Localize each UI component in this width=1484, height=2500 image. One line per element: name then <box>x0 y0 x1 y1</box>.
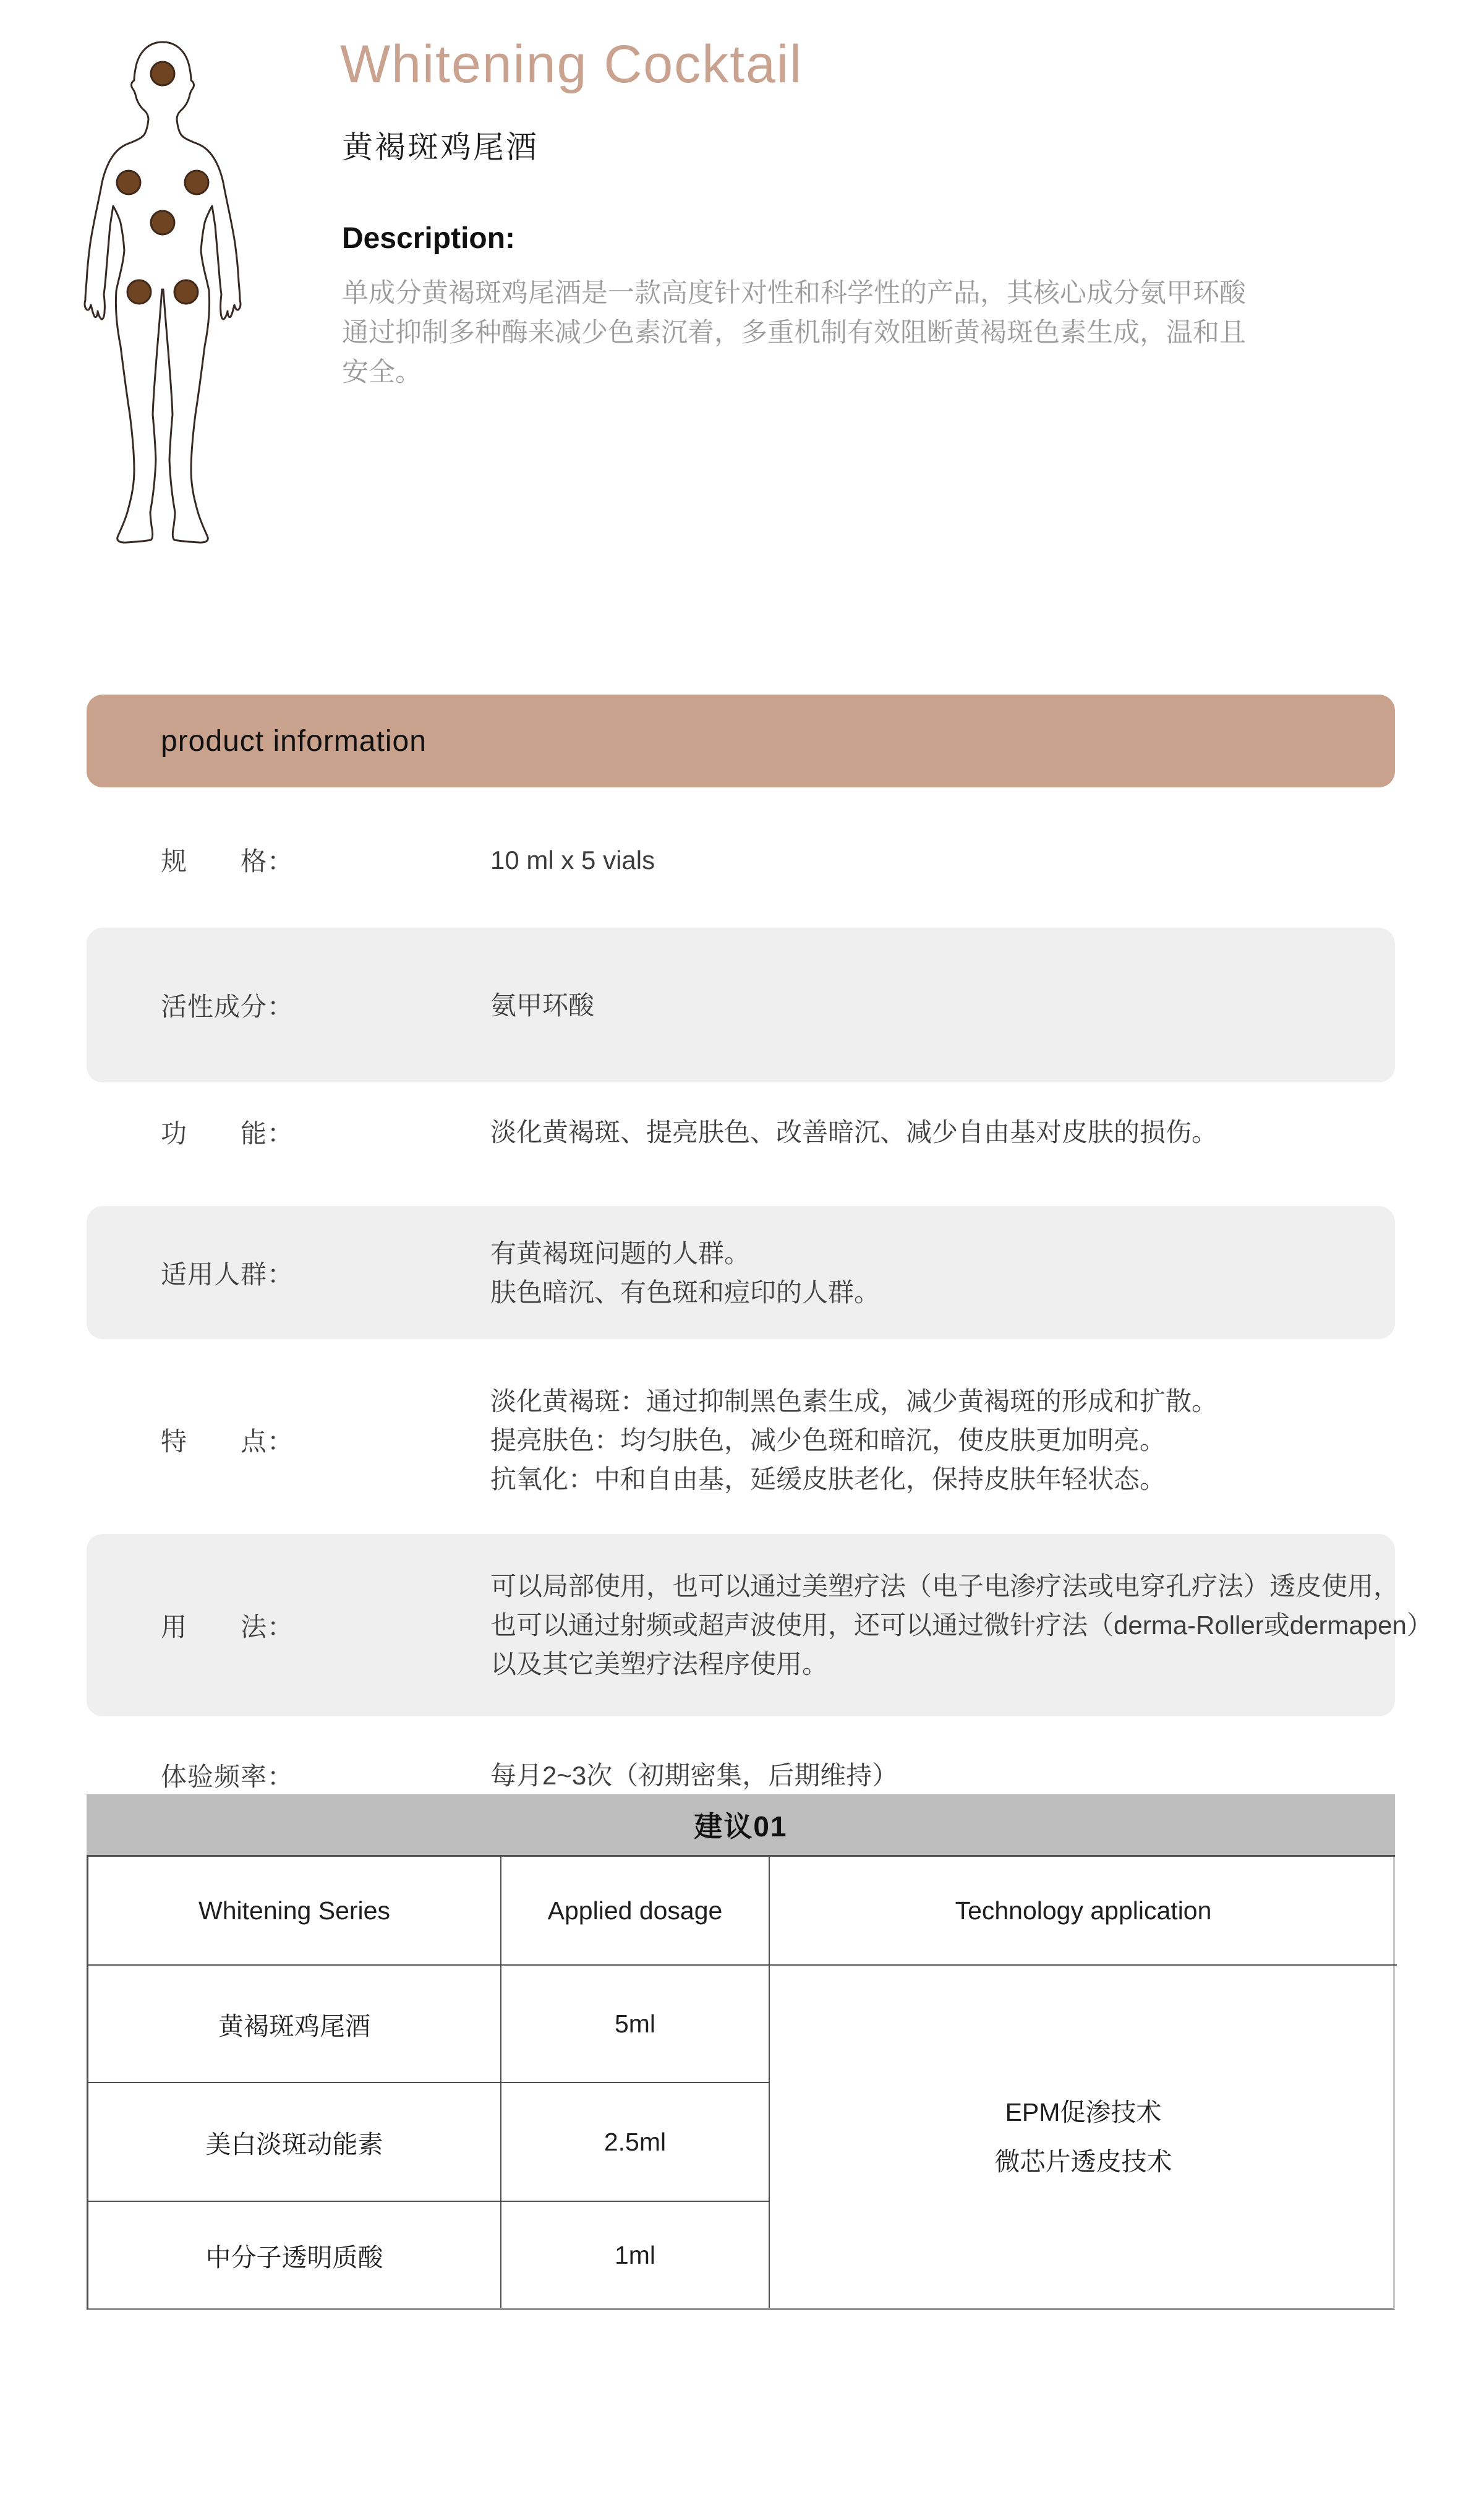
technology-line: 微芯片透皮技术 <box>995 2137 1172 2186</box>
info-value: 可以局部使用，也可以通过美塑疗法（电子电渗疗法或电穿孔疗法）透皮使用， 也可以通… <box>490 1567 1433 1684</box>
column-header-series: Whitening Series <box>88 1857 501 1966</box>
table-cell-dosage: 2.5ml <box>501 2083 770 2202</box>
info-value: 淡化黄褐斑、提亮肤色、改善暗沉、减少自由基对皮肤的损伤。 <box>490 1113 1395 1152</box>
info-label: 用 法： <box>161 1607 490 1644</box>
info-row-spec: 规 格： 10 ml x 5 vials <box>87 828 1395 892</box>
info-value-line: 每月2~3次（初期密集，后期维持） <box>490 1756 1395 1795</box>
info-label: 体验频率： <box>161 1757 490 1794</box>
info-row-features: 特 点： 淡化黄褐斑：通过抑制黑色素生成，减少黄褐斑的形成和扩散。 提亮肤色：均… <box>87 1381 1395 1499</box>
melasma-spots <box>117 62 208 304</box>
info-value-line: 肤色暗沉、有色斑和痘印的人群。 <box>490 1273 1395 1312</box>
info-row-usage: 用 法： 可以局部使用，也可以通过美塑疗法（电子电渗疗法或电穿孔疗法）透皮使用，… <box>87 1534 1395 1716</box>
info-value-line: 可以局部使用，也可以通过美塑疗法（电子电渗疗法或电穿孔疗法）透皮使用， <box>490 1567 1433 1606</box>
body-figure-illustration <box>77 37 248 544</box>
info-value-line: 氨甲环酸 <box>490 986 1395 1025</box>
table-title-bar: 建议01 <box>87 1794 1395 1857</box>
spot-forehead <box>151 62 174 85</box>
column-header-technology: Technology application <box>770 1857 1397 1966</box>
spot-chest-left <box>117 171 140 194</box>
info-value: 10 ml x 5 vials <box>490 841 1395 880</box>
table-cell-technology-merged: EPM促渗技术 微芯片透皮技术 <box>770 1966 1397 2308</box>
info-label: 特 点： <box>161 1421 490 1458</box>
info-value-line: 淡化黄褐斑、提亮肤色、改善暗沉、减少自由基对皮肤的损伤。 <box>490 1113 1395 1152</box>
description-paragraph: 单成分黄褐斑鸡尾酒是一款高度针对性和科学性的产品，其核心成分氨甲环酸 通过抑制多… <box>342 273 1381 392</box>
info-row-active-ingredient: 活性成分： 氨甲环酸 <box>87 928 1395 1082</box>
info-row-function: 功 能： 淡化黄褐斑、提亮肤色、改善暗沉、减少自由基对皮肤的损伤。 <box>87 1100 1395 1164</box>
table-title: 建议01 <box>694 1804 787 1845</box>
info-label: 适用人群： <box>161 1254 490 1291</box>
info-value-line: 抗氧化：中和自由基，延缓皮肤老化，保持皮肤年轻状态。 <box>490 1460 1395 1499</box>
table-cell-series: 美白淡斑动能素 <box>88 2083 501 2202</box>
info-value: 有黄褐斑问题的人群。 肤色暗沉、有色斑和痘印的人群。 <box>490 1234 1395 1312</box>
table-cell-dosage: 1ml <box>501 2202 770 2308</box>
technology-line: EPM促渗技术 <box>1005 2087 1162 2137</box>
description-line: 单成分黄褐斑鸡尾酒是一款高度针对性和科学性的产品，其核心成分氨甲环酸 <box>342 273 1381 313</box>
description-line: 通过抑制多种酶来减少色素沉着，多重机制有效阻断黄褐斑色素生成，温和且 <box>342 313 1381 353</box>
column-header-dosage: Applied dosage <box>501 1857 770 1966</box>
table-cell-dosage: 5ml <box>501 1966 770 2083</box>
product-information-banner: product information <box>87 695 1395 787</box>
suggestion-table: 建议01 Whitening Series Applied dosage Tec… <box>87 1794 1395 2310</box>
info-value-line: 有黄褐斑问题的人群。 <box>490 1234 1395 1273</box>
info-value: 淡化黄褐斑：通过抑制黑色素生成，减少黄褐斑的形成和扩散。 提亮肤色：均匀肤色，减… <box>490 1382 1395 1499</box>
page-subtitle: 黄褐斑鸡尾酒 <box>342 122 539 167</box>
info-label: 规 格： <box>161 841 490 878</box>
spot-hip-left <box>127 280 151 304</box>
spot-chest-right <box>185 171 208 194</box>
page-title: Whitening Cocktail <box>340 34 803 95</box>
female-body-outline-icon <box>77 37 248 544</box>
info-value-line: 提亮肤色：均匀肤色，减少色斑和暗沉，使皮肤更加明亮。 <box>490 1421 1395 1460</box>
info-label: 活性成分： <box>161 987 490 1024</box>
description-heading: Description: <box>342 221 515 255</box>
spot-abdomen <box>151 211 174 234</box>
info-value-line: 淡化黄褐斑：通过抑制黑色素生成，减少黄褐斑的形成和扩散。 <box>490 1382 1395 1421</box>
info-value: 氨甲环酸 <box>490 986 1395 1025</box>
info-value-line: 10 ml x 5 vials <box>490 841 1395 880</box>
description-line: 安全。 <box>342 353 1381 392</box>
info-value-line: 也可以通过射频或超声波使用，还可以通过微针疗法（derma-Roller或der… <box>490 1606 1433 1645</box>
table-grid: Whitening Series Applied dosage Technolo… <box>87 1857 1395 2310</box>
table-cell-series: 中分子透明质酸 <box>88 2202 501 2308</box>
info-label: 功 能： <box>161 1113 490 1150</box>
info-value-line: 以及其它美塑疗法程序使用。 <box>490 1645 1433 1684</box>
info-row-target-group: 适用人群： 有黄褐斑问题的人群。 肤色暗沉、有色斑和痘印的人群。 <box>87 1206 1395 1339</box>
info-value: 每月2~3次（初期密集，后期维持） <box>490 1756 1395 1795</box>
table-cell-series: 黄褐斑鸡尾酒 <box>88 1966 501 2083</box>
product-sheet-page: Whitening Cocktail 黄褐斑鸡尾酒 Description: 单… <box>0 0 1484 2500</box>
banner-label: product information <box>161 724 427 758</box>
spot-hip-right <box>174 280 198 304</box>
